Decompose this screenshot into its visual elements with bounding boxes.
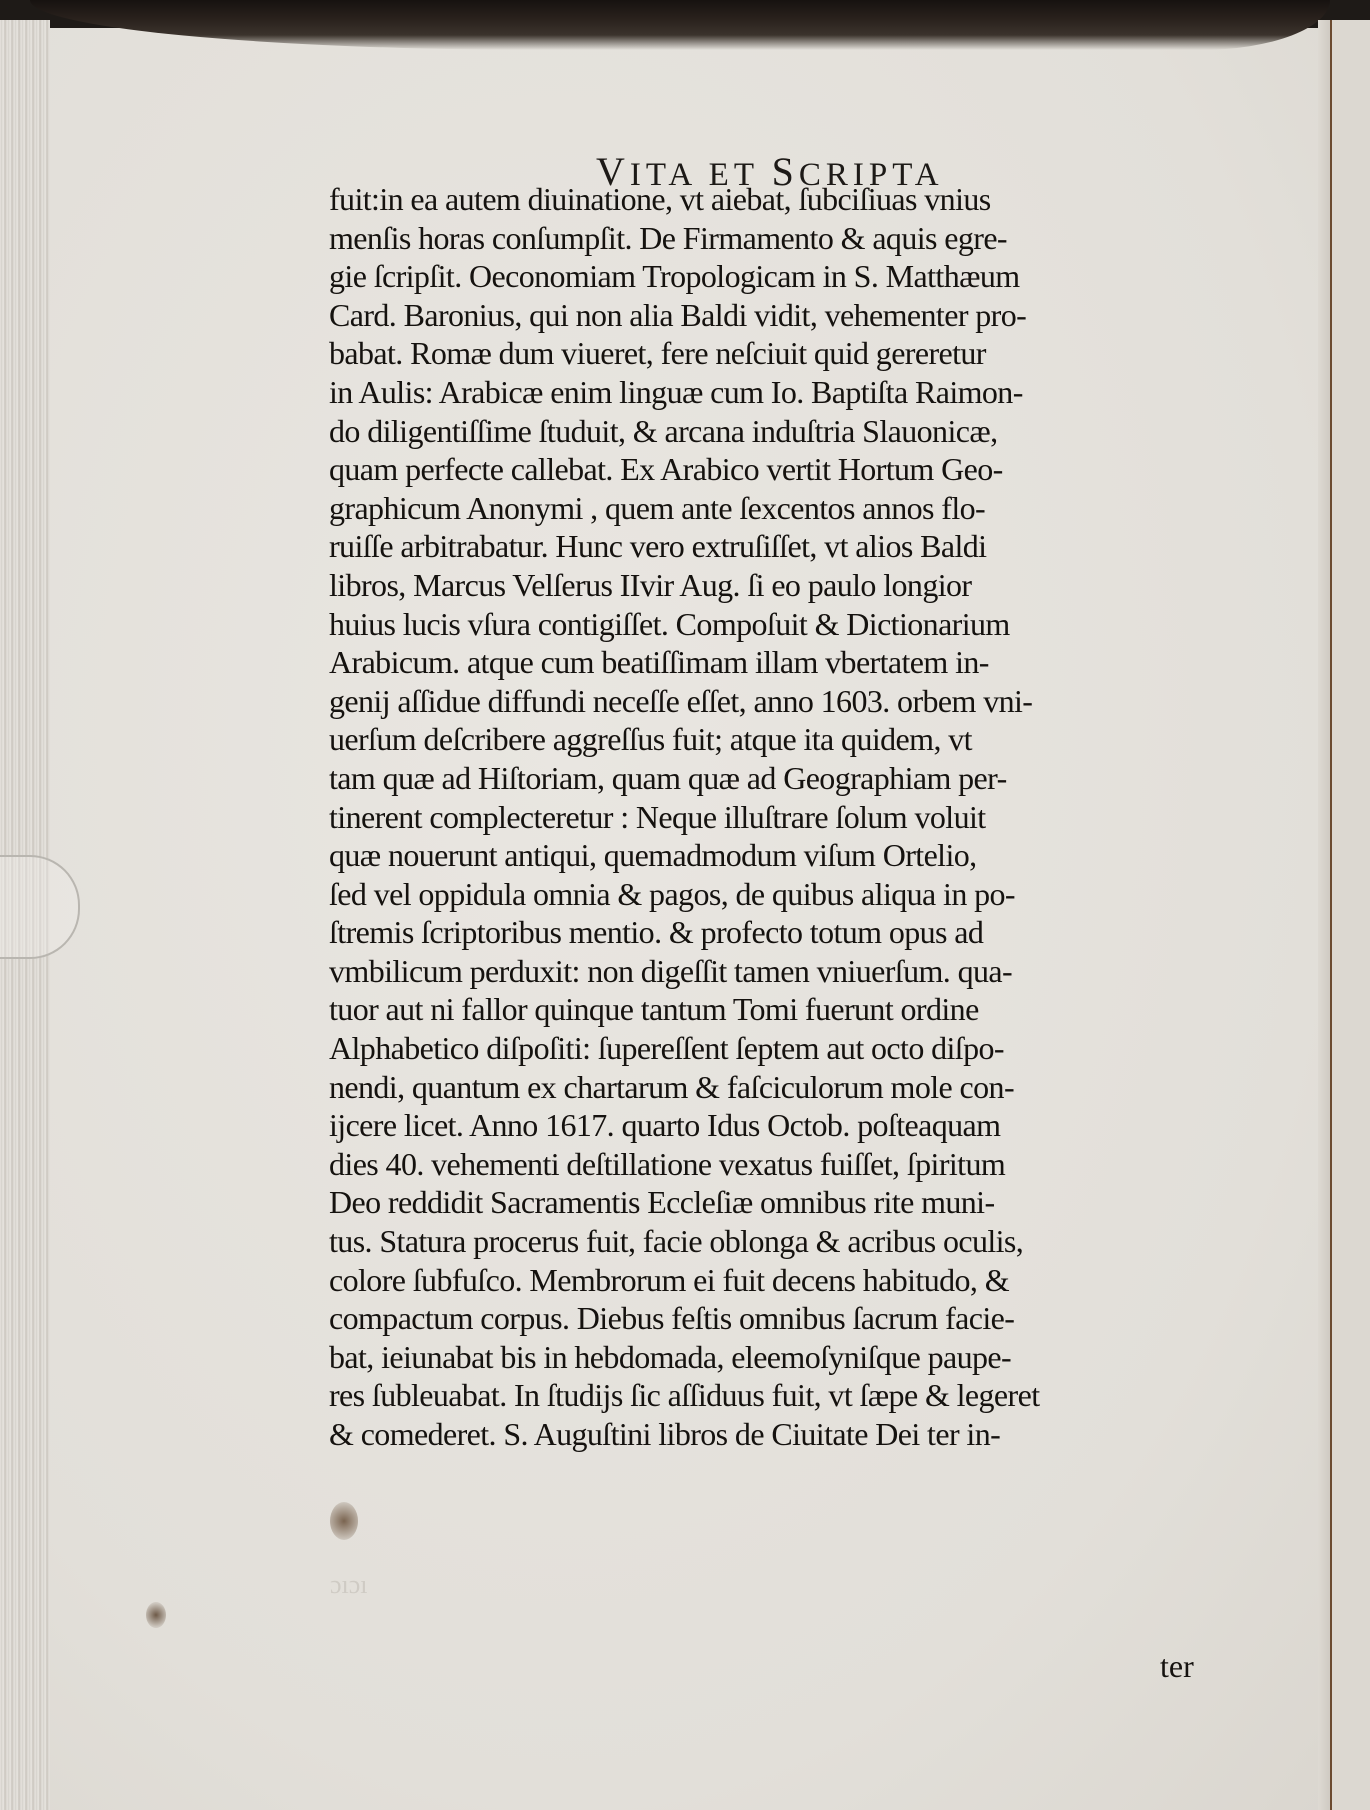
facing-page-edge	[1330, 20, 1370, 1810]
text-line: babat. Romæ dum viueret, fere neſciuit q…	[329, 334, 1209, 373]
text-line: ſtremis ſcriptoribus mentio. & profecto …	[329, 913, 1209, 952]
text-line: uerſum deſcribere aggreſſus fuit; atque …	[329, 720, 1209, 759]
text-line: bat, ieiunabat bis in hebdomada, eleemoſ…	[329, 1338, 1209, 1377]
text-line: Arabicum. atque cum beatiſſimam illam vb…	[329, 643, 1209, 682]
text-line: res ſubleuabat. In ſtudijs ſic aſſiduus …	[329, 1376, 1209, 1415]
text-line: compactum corpus. Diebus feſtis omnibus …	[329, 1299, 1209, 1338]
text-line: libros, Marcus Velſerus IIvir Aug. ſi eo…	[329, 566, 1209, 605]
text-line: Card. Baronius, qui non alia Baldi vidit…	[329, 296, 1209, 335]
text-line: tuor aut ni fallor quinque tantum Tomi f…	[329, 990, 1209, 1029]
text-line: do diligentiſſime ſtuduit, & arcana indu…	[329, 412, 1209, 451]
text-line: genij aſſidue diffundi neceſſe eſſet, an…	[329, 682, 1209, 721]
text-line: in Aulis: Arabicæ enim linguæ cum Io. Ba…	[329, 373, 1209, 412]
text-line: colore ſubfuſco. Membrorum ei fuit decen…	[329, 1261, 1209, 1300]
text-line: ruiſſe arbitrabatur. Hunc vero extruſiſſ…	[329, 527, 1209, 566]
text-line: fuit:in ea autem diuinatione, vt aiebat,…	[329, 180, 1209, 219]
text-line: tam quæ ad Hiſtoriam, quam quæ ad Geogra…	[329, 759, 1209, 798]
paper-spot	[146, 1602, 166, 1628]
text-line: vmbilicum perduxit: non digeſſit tamen v…	[329, 952, 1209, 991]
text-line: tus. Statura procerus fuit, facie oblong…	[329, 1222, 1209, 1261]
text-line: nendi, quantum ex chartarum & faſciculor…	[329, 1068, 1209, 1107]
text-line: quam perfecte callebat. Ex Arabico verti…	[329, 450, 1209, 489]
text-line: menſis horas conſumpſit. De Firmamento &…	[329, 219, 1209, 258]
text-line: dies 40. vehementi deſtillatione vexatus…	[329, 1145, 1209, 1184]
text-line: Deo reddidit Sacramentis Eccleſiæ omnibu…	[329, 1183, 1209, 1222]
catchword: ter	[1160, 1648, 1194, 1685]
show-through-text: ɔıɔı	[330, 1570, 368, 1600]
text-line: tinerent complecteretur : Neque illuſtra…	[329, 798, 1209, 837]
text-line: huius lucis vſura contigiſſet. Compoſuit…	[329, 605, 1209, 644]
text-line: ſed vel oppidula omnia & pagos, de quibu…	[329, 875, 1209, 914]
text-line: ijcere licet. Anno 1617. quarto Idus Oct…	[329, 1106, 1209, 1145]
text-line: quæ nouerunt antiqui, quemadmodum viſum …	[329, 836, 1209, 875]
ink-stain	[330, 1502, 358, 1540]
text-line: graphicum Anonymi , quem ante ſexcentos …	[329, 489, 1209, 528]
page-gutter	[1318, 20, 1330, 1810]
text-line: Alphabetico diſpoſiti: ſupereſſent ſepte…	[329, 1029, 1209, 1068]
text-line: & comederet. S. Auguſtini libros de Ciui…	[329, 1415, 1209, 1454]
body-text-block: fuit:in ea autem diuinatione, vt aiebat,…	[329, 180, 1209, 1454]
text-line: gie ſcripſit. Oeconomiam Tropologicam in…	[329, 257, 1209, 296]
